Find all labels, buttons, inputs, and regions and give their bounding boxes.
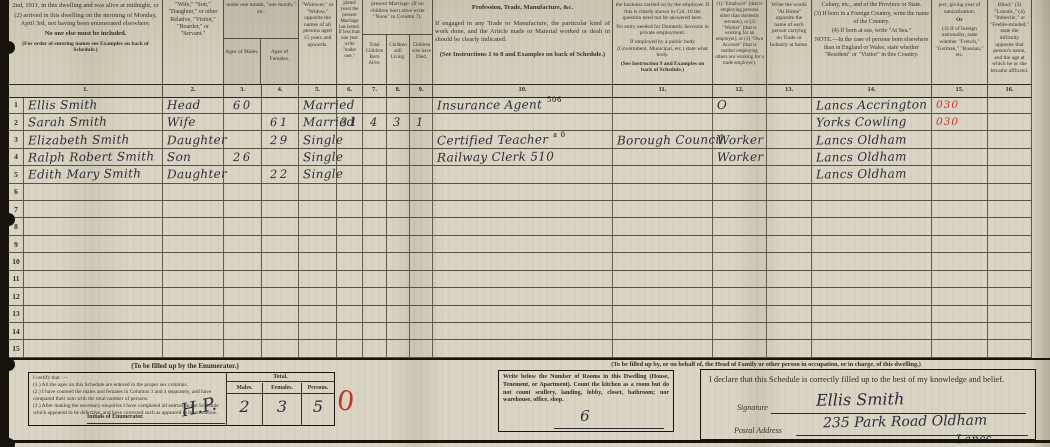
red-annotation-zero: 0 xyxy=(335,385,356,418)
bottom-section: (To be filled up by the Enumerator.) (To… xyxy=(0,358,1050,447)
cell-at-home xyxy=(767,114,812,130)
postal-address-value: 235 Park Road Oldham xyxy=(823,413,987,432)
cell-years-married xyxy=(337,271,363,287)
totals-females-column: Females. 3 xyxy=(263,383,302,425)
handwritten-age-m: 26 xyxy=(233,150,253,164)
column-number-label: 12. xyxy=(713,86,766,93)
handwritten-name: Ralph Robert Smith xyxy=(28,149,154,164)
header-text: "Widower," or "Widow," opposite the name… xyxy=(301,2,334,48)
cell-occupation: Railway Clerk 510 xyxy=(433,149,613,165)
cell-infirmity xyxy=(988,97,1032,113)
handwritten-occupation: Railway Clerk 510 xyxy=(437,149,554,164)
cell-at-home xyxy=(767,201,812,217)
cell-children-living xyxy=(387,201,410,217)
table-row-8: 8 xyxy=(9,218,1032,235)
cell-infirmity xyxy=(988,306,1032,322)
cell-age-m xyxy=(224,306,262,322)
totals-table: Total. Males. 2 Females. 3 Persons. 5 xyxy=(226,373,334,425)
cell-occupation xyxy=(433,218,613,234)
cell-age-m xyxy=(224,340,262,356)
cell-name: Elizabeth Smith xyxy=(24,131,163,147)
cell-occupation xyxy=(433,306,613,322)
handwritten-employment: Worker xyxy=(717,150,764,164)
col14-header-birthplace: Colony, etc., and of the Province or Sta… xyxy=(812,0,932,84)
cell-infirmity xyxy=(988,149,1032,165)
cell-birthplace: Yorks Cowling xyxy=(812,114,932,130)
enumerator-section-title: (To be filled up by the Enumerator.) xyxy=(55,362,315,370)
handwritten-birthplace: Lancs Oldham xyxy=(816,167,907,182)
cell-occupation xyxy=(433,236,613,252)
cell-relation xyxy=(163,288,224,304)
cell-at-home xyxy=(767,149,812,165)
cell-nationality-mark xyxy=(932,271,988,287)
column-number-cell: 10. xyxy=(433,85,613,97)
cell-employment: Worker xyxy=(713,149,767,165)
cell-infirmity xyxy=(988,340,1032,356)
cell-nationality-mark xyxy=(932,166,988,182)
cell-nationality-mark xyxy=(932,184,988,200)
females-value: 3 xyxy=(263,397,301,416)
cell-age-f: 29 xyxy=(262,131,299,147)
cell-age-f xyxy=(262,253,299,269)
col1-header-name: 2nd, 1911, in this dwelling and was aliv… xyxy=(9,0,163,84)
table-row-15: 15 xyxy=(9,340,1032,357)
row-number: 14 xyxy=(9,323,24,339)
column-number-cell: 15. xyxy=(932,85,988,97)
column-number-label: 15. xyxy=(932,86,987,93)
cell-marriage xyxy=(299,271,337,287)
postal-address-label: Postal Address xyxy=(734,426,782,435)
cell-children-living xyxy=(387,166,410,182)
cell-years-married xyxy=(337,253,363,269)
column-number-label: 9. xyxy=(410,86,432,93)
header-text: (See Instruction 9 and Examples on back … xyxy=(615,61,710,74)
cell-at-home xyxy=(767,166,812,182)
cell-age-f xyxy=(262,149,299,165)
cell-age-m xyxy=(224,184,262,200)
handwritten-employment: Worker xyxy=(717,132,764,146)
rooms-value: 6 xyxy=(580,407,590,425)
column-number-row: 1.2.3.4.5.6.7.8.9.10.11.12.13.14.15.16. xyxy=(9,84,1032,98)
cell-age-f xyxy=(262,271,299,287)
cell-at-home xyxy=(767,306,812,322)
handwritten-relation: Wife xyxy=(167,115,196,129)
table-row-13: 13 xyxy=(9,306,1032,323)
handwritten-industry: Borough Council xyxy=(617,132,724,147)
column-number-cell: 1. xyxy=(9,85,163,97)
householder-section-title: (To be filled up by, or on behalf of, th… xyxy=(492,361,1040,368)
cell-birthplace: Lancs Oldham xyxy=(812,131,932,147)
cell-name: Ralph Robert Smith xyxy=(24,149,163,165)
handwritten-age-m: 60 xyxy=(233,98,253,112)
column-number-label: 14. xyxy=(812,86,931,93)
cell-nationality-mark xyxy=(932,131,988,147)
header-text: If employed by a public body (Government… xyxy=(615,39,710,59)
header-text: Colony, etc., and of the Province or Sta… xyxy=(814,2,929,9)
cell-children-died: 1 xyxy=(410,114,433,130)
cell-marriage: Married xyxy=(299,97,337,113)
males-label: Males. xyxy=(227,383,262,394)
cell-children-born xyxy=(363,166,387,182)
cell-marriage: Single xyxy=(299,166,337,182)
cell-relation xyxy=(163,218,224,234)
cell-birthplace xyxy=(812,271,932,287)
handwritten-occupation: Insurance Agent xyxy=(437,97,542,112)
cell-age-f xyxy=(262,201,299,217)
cell-children-born: 4 xyxy=(363,114,387,130)
column-number-cell: 14. xyxy=(812,85,932,97)
cell-age-f: 22 xyxy=(262,166,299,182)
cell-industry xyxy=(613,97,713,113)
rooms-instruction-text: Write below the Number of Rooms in this … xyxy=(503,374,669,405)
row-number: 3 xyxy=(9,131,24,147)
row-number: 1 xyxy=(9,97,24,113)
signature-label: Signature xyxy=(737,403,768,412)
cell-children-living xyxy=(387,236,410,252)
header-text: under one month, "one month," etc. xyxy=(224,0,298,38)
cell-age-m: 60 xyxy=(224,97,262,113)
cell-occupation xyxy=(433,323,613,339)
handwritten-relation: Daughter xyxy=(167,132,227,147)
cell-age-f xyxy=(262,97,299,113)
cell-children-living: 3 xyxy=(387,114,410,130)
cell-employment xyxy=(713,271,767,287)
males-value: 2 xyxy=(227,397,262,416)
cell-children-died xyxy=(410,271,433,287)
cell-children-living xyxy=(387,97,410,113)
cell-marriage xyxy=(299,340,337,356)
cell-industry xyxy=(613,201,713,217)
cell-employment xyxy=(713,253,767,269)
cell-children-born xyxy=(363,271,387,287)
cell-relation xyxy=(163,271,224,287)
handwritten-age-f: 22 xyxy=(270,167,290,181)
col13-header-at-home: Write the words "At Home" opposite the n… xyxy=(767,0,812,84)
handwritten-birthplace: Lancs Oldham xyxy=(816,132,907,147)
cell-industry xyxy=(613,253,713,269)
cell-birthplace xyxy=(812,184,932,200)
col5-header-marriage: "Widower," or "Widow," opposite the name… xyxy=(299,0,337,84)
header-text: Or xyxy=(934,17,985,24)
column-number-cell: 13. xyxy=(767,85,812,97)
header-text: "Wife," "Son," "Daughter," or other Rela… xyxy=(165,2,221,39)
cell-age-m xyxy=(224,166,262,182)
handwritten-birthplace: Lancs Accrington xyxy=(816,97,927,112)
cell-industry xyxy=(613,166,713,182)
cell-relation: Daughter xyxy=(163,131,224,147)
cell-years-married xyxy=(337,166,363,182)
handwritten-nationality-mark: 030 xyxy=(936,116,959,128)
table-row-1: 1Ellis SmithHead60MarriedInsurance Agent… xyxy=(9,97,1032,114)
handwritten-years-married: 31 xyxy=(340,115,360,129)
cell-occupation xyxy=(433,271,613,287)
column-number-label: 3. xyxy=(224,86,261,93)
header-text: (2) arrived in this dwelling on the morn… xyxy=(11,12,160,28)
cell-relation xyxy=(163,253,224,269)
row-number: 2 xyxy=(9,114,24,130)
column-number-cell: 8. xyxy=(387,85,410,97)
cell-age-m xyxy=(224,218,262,234)
postal-address-value-2: Lancs xyxy=(956,432,992,447)
column-number-label: 2. xyxy=(163,86,223,93)
cell-nationality-mark xyxy=(932,306,988,322)
handwritten-employment: O xyxy=(717,98,727,112)
handwritten-age-f: 29 xyxy=(270,132,290,146)
cell-nationality-mark: 030 xyxy=(932,97,988,113)
cell-name: Edith Mary Smith xyxy=(24,166,163,182)
col11-header-industry: the business carried on by the employer.… xyxy=(613,0,713,84)
cell-industry xyxy=(613,114,713,130)
row-number: 4 xyxy=(9,149,24,165)
census-schedule-page: 2nd, 1911, in this dwelling and was aliv… xyxy=(0,0,1050,447)
handwritten-relation: Daughter xyxy=(167,167,227,182)
header-text: (3) If born in a Foreign Country, write … xyxy=(814,11,929,26)
cell-marriage: Single xyxy=(299,131,337,147)
cell-marriage: Single xyxy=(299,149,337,165)
cell-children-living xyxy=(387,288,410,304)
cell-children-living xyxy=(387,184,410,200)
header-text: (For order of entering names see Example… xyxy=(11,41,160,54)
cell-children-died xyxy=(410,323,433,339)
cell-nationality-mark xyxy=(932,288,988,304)
cell-nationality-mark xyxy=(932,236,988,252)
col7-header-children-born: Total Children Born Alive. xyxy=(363,34,387,84)
cell-occupation xyxy=(433,288,613,304)
cell-years-married xyxy=(337,236,363,252)
col8-header-children-living: Children still Living. xyxy=(387,34,410,84)
cell-age-f xyxy=(262,323,299,339)
cell-industry xyxy=(613,271,713,287)
cell-children-born xyxy=(363,184,387,200)
cell-marriage xyxy=(299,218,337,234)
cell-infirmity xyxy=(988,253,1032,269)
cell-nationality-mark xyxy=(932,253,988,269)
table-row-6: 6 xyxy=(9,184,1032,201)
cell-infirmity xyxy=(988,166,1032,182)
binder-hole-icon xyxy=(2,213,15,226)
totals-title: Total. xyxy=(227,374,334,382)
cell-children-died xyxy=(410,218,433,234)
cell-occupation: Insurance Agent506 xyxy=(433,97,613,113)
cell-age-f: 61 xyxy=(262,114,299,130)
cell-marriage xyxy=(299,253,337,269)
header-text: 2nd, 1911, in this dwelling and was aliv… xyxy=(11,2,160,10)
binder-hole-icon xyxy=(2,438,15,447)
cell-children-born xyxy=(363,131,387,147)
cell-infirmity xyxy=(988,288,1032,304)
binder-hole-icon xyxy=(2,41,15,54)
header-text: NOTE.—In the case of persons born elsewh… xyxy=(814,37,929,59)
header-text: the business carried on by the employer.… xyxy=(615,2,710,22)
cell-years-married xyxy=(337,340,363,356)
cell-children-born xyxy=(363,201,387,217)
row-number: 15 xyxy=(9,340,24,356)
census-table-rows: 1Ellis SmithHead60MarriedInsurance Agent… xyxy=(9,97,1032,359)
cell-industry xyxy=(613,218,713,234)
col7-9-header-children: present Marriage. (If no children born a… xyxy=(363,0,433,84)
cell-at-home xyxy=(767,97,812,113)
cell-children-living xyxy=(387,306,410,322)
cell-years-married xyxy=(337,131,363,147)
cell-children-born xyxy=(363,306,387,322)
signature-value: Ellis Smith xyxy=(816,389,905,410)
column-number-cell: 7. xyxy=(363,85,387,97)
table-row-2: 2Sarah SmithWife61Married31431Yorks Cowl… xyxy=(9,114,1032,131)
cell-birthplace xyxy=(812,253,932,269)
cell-children-born xyxy=(363,323,387,339)
totals-persons-column: Persons. 5 xyxy=(302,383,334,425)
cell-name xyxy=(24,236,163,252)
cell-industry xyxy=(613,288,713,304)
cell-employment xyxy=(713,184,767,200)
cell-nationality-mark xyxy=(932,340,988,356)
rooms-answer-line xyxy=(554,428,664,429)
cell-industry xyxy=(613,184,713,200)
row-number: 5 xyxy=(9,166,24,182)
col3-4-header-ages: under one month, "one month," etc. Ages … xyxy=(224,0,299,84)
cell-children-living xyxy=(387,149,410,165)
col4-header-ages-females: Ages of Females. xyxy=(261,38,298,84)
cell-marriage xyxy=(299,323,337,339)
cell-years-married xyxy=(337,184,363,200)
cell-at-home xyxy=(767,184,812,200)
cell-name xyxy=(24,306,163,322)
header-text: (3) If of foreign nationality, state whe… xyxy=(934,26,985,59)
number-of-rooms-box: Write below the Number of Rooms in this … xyxy=(498,370,674,432)
totals-males-column: Males. 2 xyxy=(227,383,263,425)
cell-children-died xyxy=(410,166,433,182)
header-text: pleted years the present Marriage has la… xyxy=(338,1,361,60)
row-number: 9 xyxy=(9,236,24,252)
cell-birthplace xyxy=(812,288,932,304)
cell-name xyxy=(24,253,163,269)
column-number-cell: 16. xyxy=(988,85,1032,97)
cell-marriage xyxy=(299,201,337,217)
cell-children-born xyxy=(363,340,387,356)
cell-name xyxy=(24,271,163,287)
cell-marriage xyxy=(299,236,337,252)
cell-birthplace xyxy=(812,340,932,356)
cell-infirmity xyxy=(988,271,1032,287)
females-label: Females. xyxy=(263,383,301,394)
declaration-text: I declare that this Schedule is correctl… xyxy=(709,375,1031,384)
cell-age-m: 26 xyxy=(224,149,262,165)
certify-intro: I certify that :— xyxy=(33,375,68,381)
enumerator-certificate-box: I certify that :— (1.) All the ages on t… xyxy=(28,372,335,426)
column-number-label: 1. xyxy=(9,86,162,93)
cell-birthplace: Lancs Accrington xyxy=(812,97,932,113)
handwritten-name: Ellis Smith xyxy=(28,97,98,112)
cell-employment xyxy=(713,114,767,130)
header-text: If engaged in any Trade or Manufacture, … xyxy=(435,20,610,44)
cell-children-living xyxy=(387,340,410,356)
cell-occupation xyxy=(433,340,613,356)
footer-rule xyxy=(0,440,1050,443)
cell-children-died xyxy=(410,149,433,165)
cell-at-home xyxy=(767,236,812,252)
cell-infirmity xyxy=(988,114,1032,130)
cell-nationality-mark xyxy=(932,218,988,234)
declaration-box: I declare that this Schedule is correctl… xyxy=(700,369,1036,440)
cell-name xyxy=(24,340,163,356)
cell-marriage xyxy=(299,306,337,322)
cell-at-home xyxy=(767,288,812,304)
cell-nationality-mark xyxy=(932,201,988,217)
cell-at-home xyxy=(767,218,812,234)
col6-header-years-married: pleted years the present Marriage has la… xyxy=(337,0,363,84)
col10-header-profession: Profession, Trade, Manufacture, &c. If e… xyxy=(433,0,613,84)
cell-years-married xyxy=(337,149,363,165)
header-text: No one else must be included. xyxy=(11,30,160,38)
cell-employment xyxy=(713,323,767,339)
row-number: 6 xyxy=(9,184,24,200)
cell-years-married xyxy=(337,201,363,217)
column-number-label: 6. xyxy=(337,86,362,93)
column-number-cell: 9. xyxy=(410,85,433,97)
cell-birthplace xyxy=(812,201,932,217)
cell-children-living xyxy=(387,323,410,339)
cell-age-m xyxy=(224,114,262,130)
header-text: No entry needed for Domestic Servants in… xyxy=(615,24,710,37)
cell-children-born xyxy=(363,288,387,304)
cell-age-m xyxy=(224,253,262,269)
cell-employment xyxy=(713,236,767,252)
cell-infirmity xyxy=(988,218,1032,234)
handwritten-age-f: 61 xyxy=(270,115,290,129)
column-number-label: 5. xyxy=(299,86,336,93)
cell-industry xyxy=(613,340,713,356)
cell-occupation xyxy=(433,253,613,269)
cell-infirmity xyxy=(988,184,1032,200)
cell-infirmity xyxy=(988,236,1032,252)
cell-relation xyxy=(163,323,224,339)
col9-header-children-died: Children who have Died. xyxy=(410,34,433,84)
header-text: Blind," (3) "Lunatic," (4) "Imbecile," o… xyxy=(990,2,1029,75)
cell-employment xyxy=(713,288,767,304)
cell-nationality-mark: 030 xyxy=(932,114,988,130)
header-text: Profession, Trade, Manufacture, &c. xyxy=(435,4,610,12)
cell-children-living xyxy=(387,218,410,234)
column-number-label: 8. xyxy=(387,86,409,93)
cell-age-m xyxy=(224,288,262,304)
cell-years-married xyxy=(337,97,363,113)
cell-occupation xyxy=(433,166,613,182)
column-number-label: 7. xyxy=(363,86,386,93)
handwritten-children-living: 3 xyxy=(393,115,403,129)
col12-header-employment-status: (1) "Employer" (that is employing person… xyxy=(713,0,767,84)
cell-at-home xyxy=(767,253,812,269)
col2-header-relationship: "Wife," "Son," "Daughter," or other Rela… xyxy=(163,0,224,84)
handwritten-birthplace: Lancs Oldham xyxy=(816,149,907,164)
cell-employment xyxy=(713,306,767,322)
header-text: (1) "Employer" (that is employing person… xyxy=(715,2,764,67)
table-row-11: 11 xyxy=(9,271,1032,288)
row-number: 11 xyxy=(9,271,24,287)
cell-children-died xyxy=(410,340,433,356)
cell-children-born xyxy=(363,253,387,269)
cell-birthplace xyxy=(812,236,932,252)
table-row-14: 14 xyxy=(9,323,1032,340)
cell-children-died xyxy=(410,236,433,252)
cell-birthplace: Lancs Oldham xyxy=(812,166,932,182)
handwritten-name: Sarah Smith xyxy=(28,115,107,130)
column-number-cell: 2. xyxy=(163,85,224,97)
cell-employment: Worker xyxy=(713,131,767,147)
cell-age-f xyxy=(262,288,299,304)
header-text: present Marriage. (If no children born a… xyxy=(363,0,432,34)
table-row-4: 4Ralph Robert SmithSon26SingleRailway Cl… xyxy=(9,149,1032,166)
cell-occupation: Certified Teachera 0 xyxy=(433,131,613,147)
